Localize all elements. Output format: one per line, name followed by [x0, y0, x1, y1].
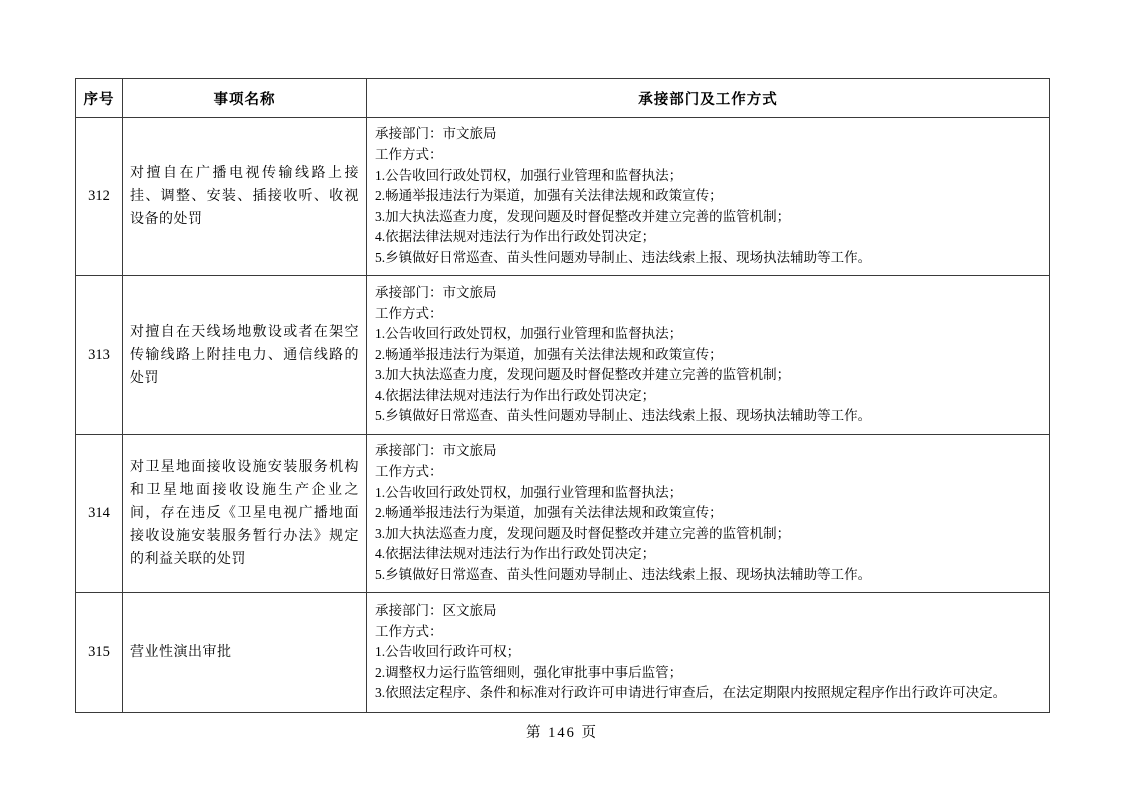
item-name: 对卫星地面接收设施安装服务机构和卫星地面接收设施生产企业之间，存在违反《卫星电视…: [123, 435, 367, 593]
row-index: 315: [76, 593, 123, 713]
method-item: 1.公告收回行政处罚权，加强行业管理和监督执法；: [375, 166, 1041, 187]
dept-line: 承接部门：区文旅局: [375, 601, 1041, 622]
method-item: 5.乡镇做好日常巡查、苗头性问题劝导制止、违法线索上报、现场执法辅助等工作。: [375, 248, 1041, 269]
dept-line: 承接部门：市文旅局: [375, 124, 1041, 145]
method-item: 2.畅通举报违法行为渠道，加强有关法律法规和政策宣传；: [375, 503, 1041, 524]
page-number: 第 146 页: [75, 723, 1049, 743]
method-item: 2.畅通举报违法行为渠道，加强有关法律法规和政策宣传；: [375, 186, 1041, 207]
method-item: 3.依照法定程序、条件和标准对行政许可申请进行审查后，在法定期限内按照规定程序作…: [375, 683, 1041, 704]
document-page: 序号 事项名称 承接部门及工作方式 312 对擅自在广播电视传输线路上接挂、调整…: [0, 0, 1122, 793]
dept-line: 承接部门：市文旅局: [375, 441, 1041, 462]
method-item: 5.乡镇做好日常巡查、苗头性问题劝导制止、违法线索上报、现场执法辅助等工作。: [375, 406, 1041, 427]
dept-method-cell: 承接部门：区文旅局 工作方式： 1.公告收回行政许可权； 2.调整权力运行监管细…: [367, 593, 1050, 713]
method-item: 4.依据法律法规对违法行为作出行政处罚决定；: [375, 544, 1041, 565]
item-name: 对擅自在广播电视传输线路上接挂、调整、安装、插接收听、收视设备的处罚: [123, 118, 367, 276]
method-item: 1.公告收回行政处罚权，加强行业管理和监督执法；: [375, 324, 1041, 345]
row-index: 313: [76, 276, 123, 435]
method-item: 3.加大执法巡查力度，发现问题及时督促整改并建立完善的监管机制；: [375, 365, 1041, 386]
method-label: 工作方式：: [375, 462, 1041, 483]
table-row-315: 315 营业性演出审批 承接部门：区文旅局 工作方式： 1.公告收回行政许可权；…: [76, 593, 1050, 713]
dept-line: 承接部门：市文旅局: [375, 283, 1041, 304]
col-header-dept-method: 承接部门及工作方式: [367, 79, 1050, 118]
item-name: 营业性演出审批: [123, 593, 367, 713]
row-index: 314: [76, 435, 123, 593]
method-item: 4.依据法律法规对违法行为作出行政处罚决定；: [375, 386, 1041, 407]
items-table: 序号 事项名称 承接部门及工作方式 312 对擅自在广播电视传输线路上接挂、调整…: [75, 78, 1050, 713]
method-item: 1.公告收回行政处罚权，加强行业管理和监督执法；: [375, 483, 1041, 504]
method-label: 工作方式：: [375, 304, 1041, 325]
method-item: 2.畅通举报违法行为渠道，加强有关法律法规和政策宣传；: [375, 345, 1041, 366]
table-row-313: 313 对擅自在天线场地敷设或者在架空传输线路上附挂电力、通信线路的处罚 承接部…: [76, 276, 1050, 435]
method-item: 5.乡镇做好日常巡查、苗头性问题劝导制止、违法线索上报、现场执法辅助等工作。: [375, 565, 1041, 586]
table-row-312: 312 对擅自在广播电视传输线路上接挂、调整、安装、插接收听、收视设备的处罚 承…: [76, 118, 1050, 276]
col-header-index: 序号: [76, 79, 123, 118]
method-item: 1.公告收回行政许可权；: [375, 642, 1041, 663]
table-header-row: 序号 事项名称 承接部门及工作方式: [76, 79, 1050, 118]
method-label: 工作方式：: [375, 145, 1041, 166]
item-name: 对擅自在天线场地敷设或者在架空传输线路上附挂电力、通信线路的处罚: [123, 276, 367, 435]
table-row-314: 314 对卫星地面接收设施安装服务机构和卫星地面接收设施生产企业之间，存在违反《…: [76, 435, 1050, 593]
dept-method-cell: 承接部门：市文旅局 工作方式： 1.公告收回行政处罚权，加强行业管理和监督执法；…: [367, 435, 1050, 593]
col-header-item-name: 事项名称: [123, 79, 367, 118]
method-label: 工作方式：: [375, 622, 1041, 643]
dept-method-cell: 承接部门：市文旅局 工作方式： 1.公告收回行政处罚权，加强行业管理和监督执法；…: [367, 118, 1050, 276]
method-item: 3.加大执法巡查力度，发现问题及时督促整改并建立完善的监管机制；: [375, 207, 1041, 228]
row-index: 312: [76, 118, 123, 276]
method-item: 4.依据法律法规对违法行为作出行政处罚决定；: [375, 227, 1041, 248]
method-item: 2.调整权力运行监管细则，强化审批事中事后监管；: [375, 663, 1041, 684]
method-item: 3.加大执法巡查力度，发现问题及时督促整改并建立完善的监管机制；: [375, 524, 1041, 545]
dept-method-cell: 承接部门：市文旅局 工作方式： 1.公告收回行政处罚权，加强行业管理和监督执法；…: [367, 276, 1050, 435]
